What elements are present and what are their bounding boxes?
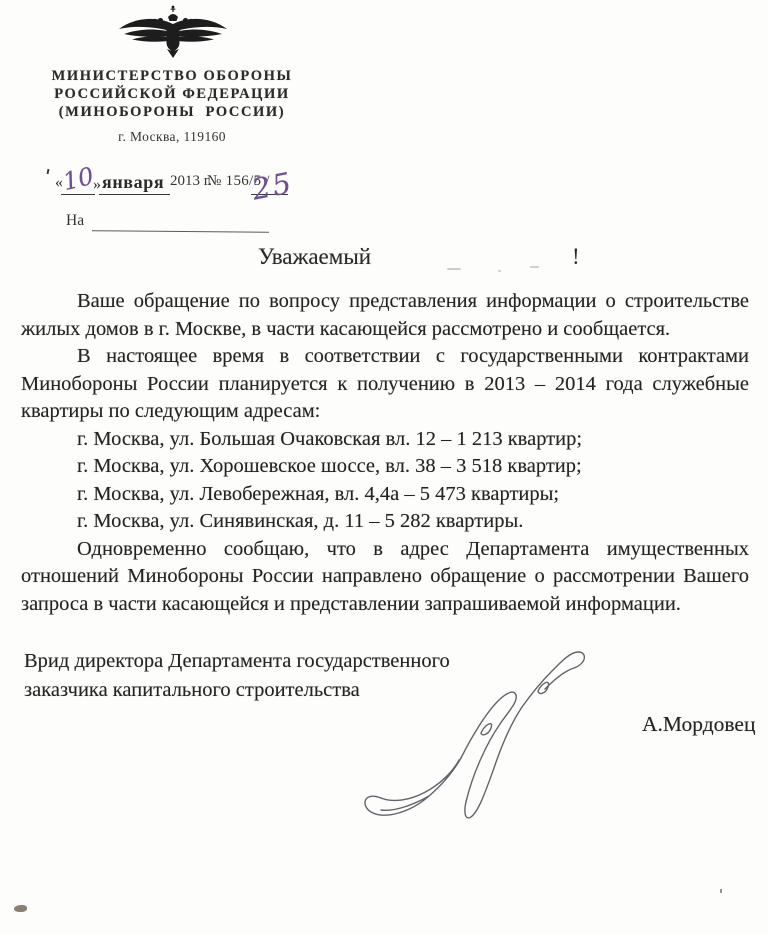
handwritten-number: 25 [249, 165, 296, 206]
reference-label: На [66, 212, 84, 230]
scan-speck [14, 905, 27, 912]
address-list-item: г. Москва, ул. Большая Очаковская вл. 12… [21, 426, 749, 454]
redaction-mark [447, 268, 461, 270]
scan-speck [720, 889, 722, 893]
body-paragraph-2: В настоящее время в соответствии с госуд… [21, 343, 749, 426]
scanned-letter-page: МИНИСТЕРСТВО ОБОРОНЫ РОССИЙСКОЙ ФЕДЕРАЦИ… [0, 0, 768, 934]
salutation-exclamation: ! [572, 244, 580, 270]
handwritten-signature [355, 640, 595, 830]
org-name-line3: (МИНОБОРОНЫ РОССИИ) [0, 104, 344, 122]
salutation-word: Уважаемый [258, 244, 371, 270]
body-paragraph-1: Ваше обращение по вопросу представления … [21, 288, 749, 343]
redaction-mark [498, 270, 501, 272]
month-label: января [99, 172, 170, 195]
year-label: 2013 г. [170, 173, 212, 190]
signer-name: А.Мордовец [642, 712, 755, 737]
address-list-item: г. Москва, ул. Хорошевское шоссе, вл. 38… [21, 453, 749, 481]
reference-underline [92, 230, 269, 233]
letterhead: МИНИСТЕРСТВО ОБОРОНЫ РОССИЙСКОЙ ФЕДЕРАЦИ… [0, 68, 344, 145]
date-number-line: « 10 » января 2013 г. № 156/5 / 25 [0, 152, 420, 198]
letter-body: Ваше обращение по вопросу представления … [21, 288, 749, 618]
body-paragraph-3: Одновременно сообщаю, что в адрес Департ… [21, 536, 749, 619]
address-list-item: г. Москва, ул. Синявинская, д. 11 – 5 28… [21, 508, 749, 536]
org-name-line2: РОССИЙСКОЙ ФЕДЕРАЦИИ [0, 86, 344, 104]
address-list-item: г. Москва, ул. Левобережная, вл. 4,4а – … [21, 481, 749, 509]
mod-eagle-emblem [117, 4, 229, 58]
org-name-line1: МИНИСТЕРСТВО ОБОРОНЫ [0, 68, 344, 86]
redaction-mark [530, 266, 539, 268]
handwritten-day: 10 [60, 162, 96, 196]
org-city-line: г. Москва, 119160 [0, 129, 344, 145]
